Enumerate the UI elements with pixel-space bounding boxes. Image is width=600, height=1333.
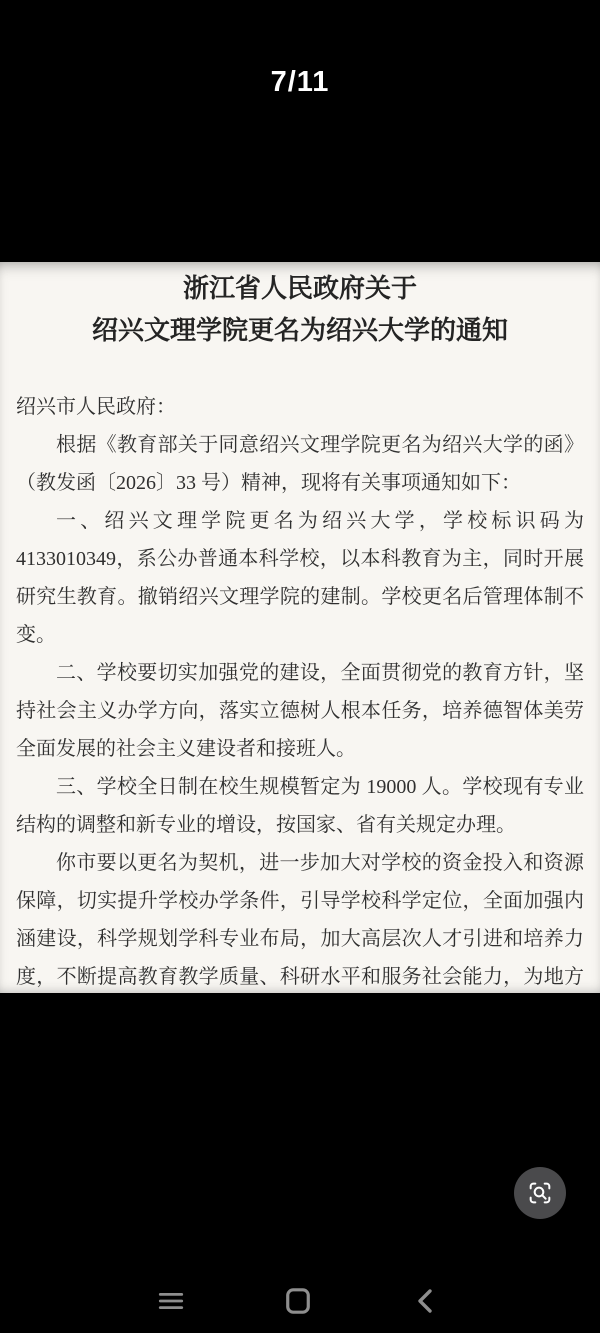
document-paragraph: 根据《教育部关于同意绍兴文理学院更名为绍兴大学的函》（教发函〔2026〕33 号… [16, 426, 584, 502]
document-paragraph: 一、绍兴文理学院更名为绍兴大学，学校标识码为4133010349，系公办普通本科… [16, 502, 584, 654]
back-button[interactable] [400, 1276, 450, 1326]
document-title-line1: 浙江省人民政府关于 [16, 268, 584, 310]
image-viewer-screen: 7/11 浙江省人民政府关于 绍兴文理学院更名为绍兴大学的通知 绍兴市人民政府：… [0, 0, 600, 1333]
page-indicator: 7/11 [0, 66, 600, 98]
menu-icon [157, 1289, 185, 1313]
menu-button[interactable] [146, 1276, 196, 1326]
document-body: 根据《教育部关于同意绍兴文理学院更名为绍兴大学的函》（教发函〔2026〕33 号… [16, 426, 584, 993]
image-search-button[interactable] [514, 1167, 566, 1219]
home-icon [284, 1286, 312, 1316]
document-title-line2: 绍兴文理学院更名为绍兴大学的通知 [16, 310, 584, 352]
lens-scan-icon [524, 1177, 556, 1209]
document-paragraph: 三、学校全日制在校生规模暂定为 19000 人。学校现有专业结构的调整和新专业的… [16, 768, 584, 844]
document-paragraph: 二、学校要切实加强党的建设，全面贯彻党的教育方针，坚持社会主义办学方向，落实立德… [16, 654, 584, 768]
home-button[interactable] [273, 1276, 323, 1326]
document-paragraph: 你市要以更名为契机，进一步加大对学校的资金投入和资源保障，切实提升学校办学条件，… [16, 844, 584, 993]
document-salutation: 绍兴市人民政府： [16, 388, 584, 426]
back-icon [415, 1286, 435, 1316]
document-page-image[interactable]: 浙江省人民政府关于 绍兴文理学院更名为绍兴大学的通知 绍兴市人民政府： 根据《教… [0, 262, 600, 993]
navigation-bar [0, 1269, 600, 1333]
